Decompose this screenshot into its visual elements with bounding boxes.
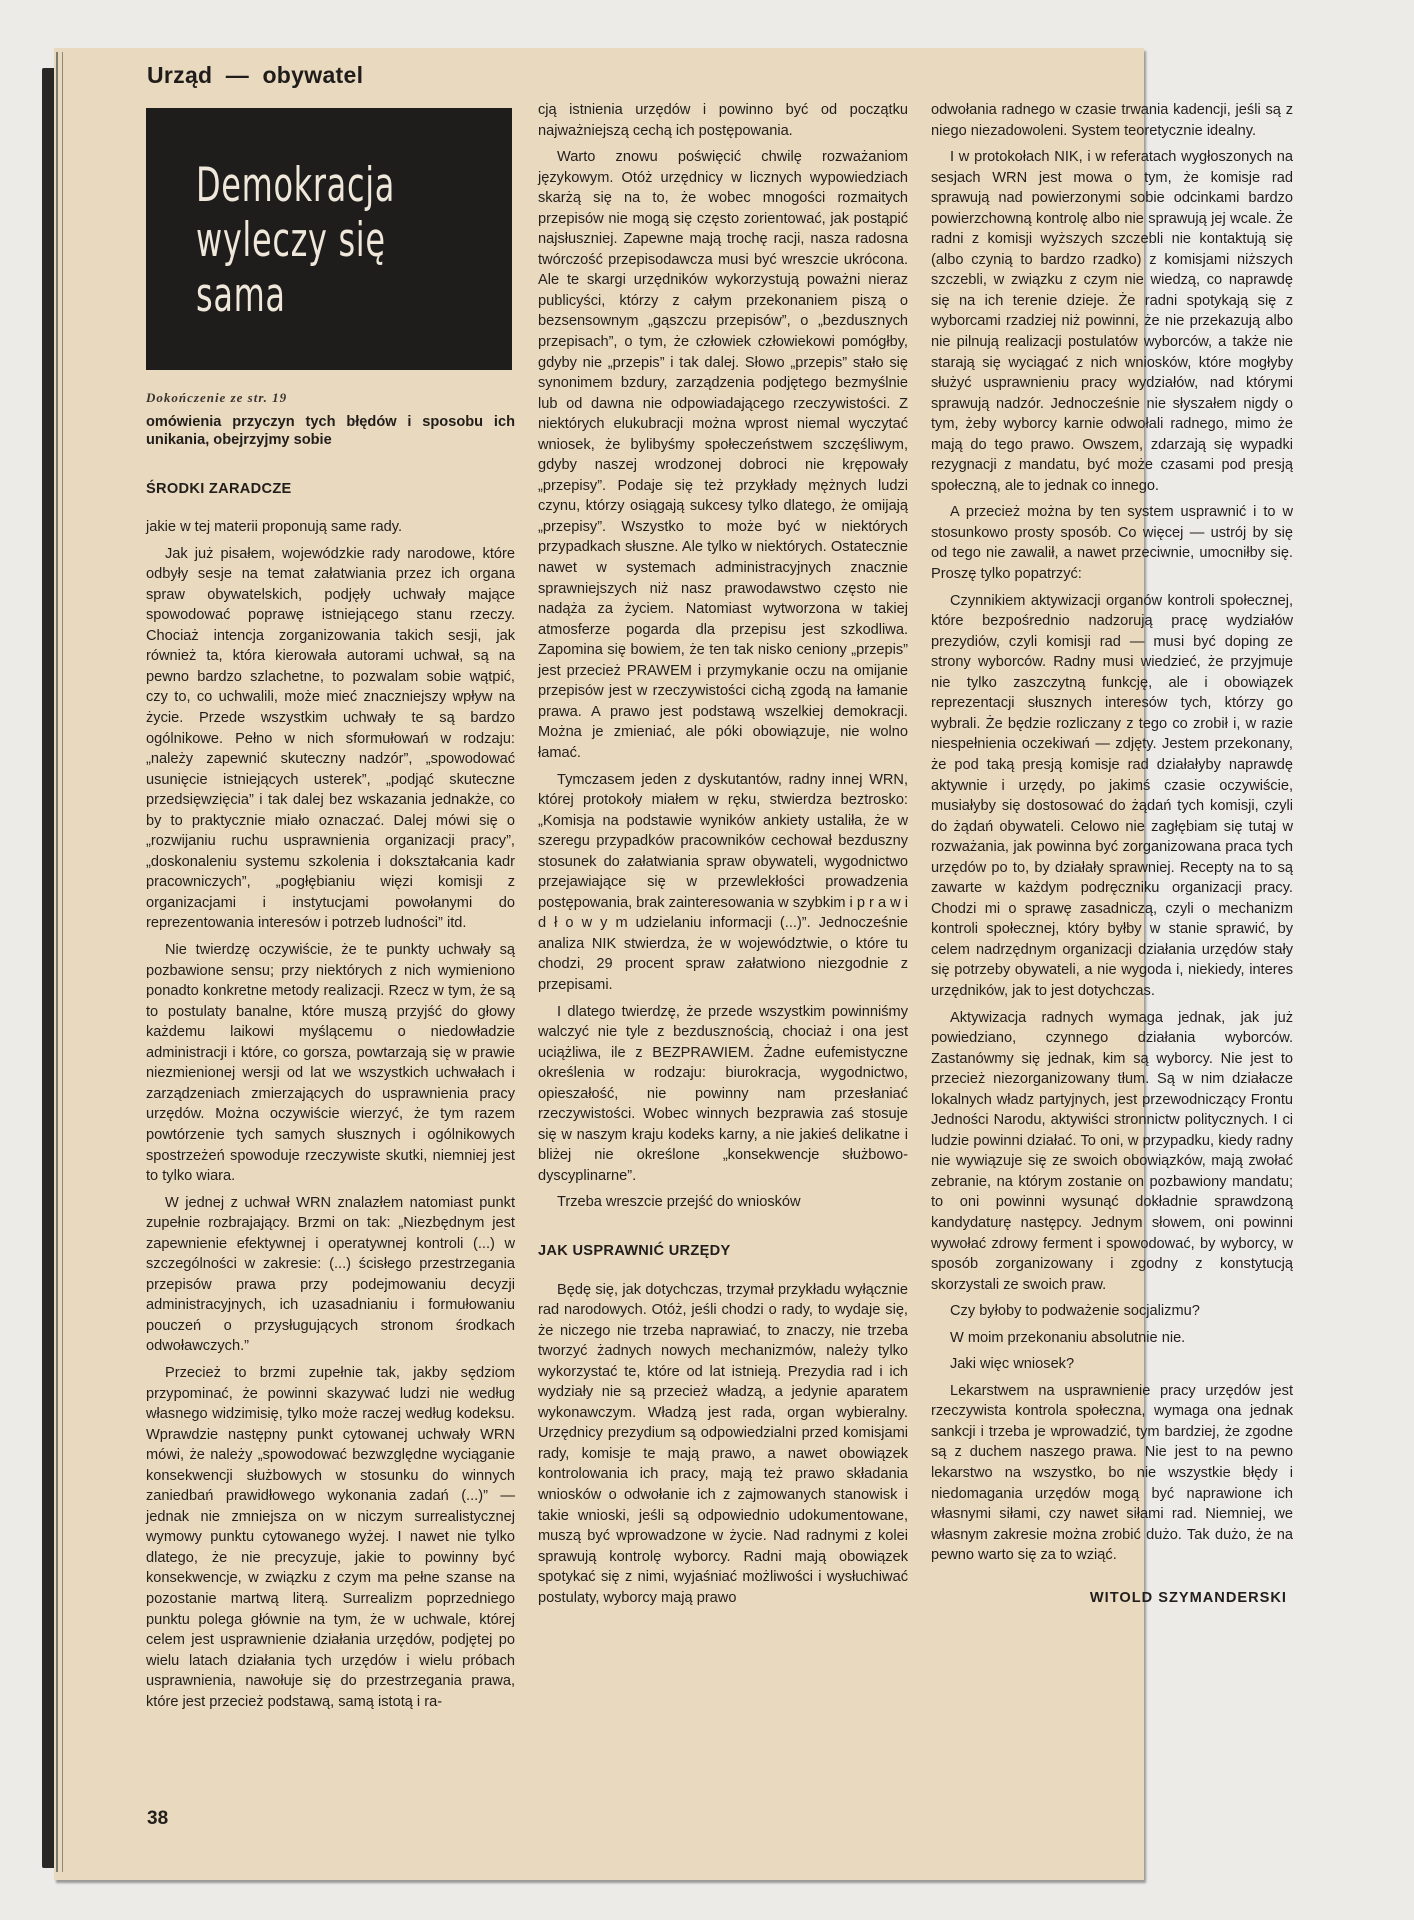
paragraph: I dlatego twierdzę, że przede wszystkim …: [538, 1002, 908, 1187]
paragraph: Czynnikiem aktywizacji organów kontroli …: [931, 591, 1293, 1002]
paragraph: odwołania radnego w czasie trwania kaden…: [931, 100, 1293, 141]
text-column-2: cją istnienia urzędów i powinno być od p…: [538, 100, 908, 1614]
paragraph: Warto znowu poświęcić chwilę rozważaniom…: [538, 147, 908, 763]
paragraph: jakie w tej materii proponują same rady.: [146, 517, 515, 538]
paragraph: Nie twierdzę oczywiście, że te punkty uc…: [146, 940, 515, 1187]
subheading: JAK USPRAWNIĆ URZĘDY: [538, 1241, 908, 1262]
page-number: 38: [147, 1808, 168, 1830]
paragraph: W moim przekonaniu absolutnie nie.: [931, 1328, 1293, 1349]
paragraph: Jaki więc wniosek?: [931, 1354, 1293, 1375]
paragraph: Będę się, jak dotychczas, trzymał przykł…: [538, 1280, 908, 1609]
title-line: sama: [196, 268, 395, 323]
paragraph: cją istnienia urzędów i powinno być od p…: [538, 100, 908, 141]
paragraph: I w protokołach NIK, i w referatach wygł…: [931, 147, 1293, 496]
continuation-note: Dokończenie ze str. 19: [146, 388, 515, 409]
paragraph: Lekarstwem na usprawnienie pracy urzędów…: [931, 1381, 1293, 1566]
paragraph: Aktywizacja radnych wymaga jednak, jak j…: [931, 1008, 1293, 1296]
paragraph: A przecież można by ten system usprawnić…: [931, 502, 1293, 584]
paragraph: Przecież to brzmi zupełnie tak, jakby sę…: [146, 1363, 515, 1712]
paragraph: W jednej z uchwał WRN znalazłem natomias…: [146, 1193, 515, 1357]
author-signature: WITOLD SZYMANDERSKI: [931, 1588, 1293, 1609]
text-column-1: Dokończenie ze str. 19 omówienia przyczy…: [146, 380, 515, 1718]
lead-paragraph: omówienia przyczyn tych błędów i sposobu…: [146, 413, 515, 449]
section-header: Urząd — obywatel: [147, 62, 363, 89]
paragraph: Trzeba wreszcie przejść do wniosków: [538, 1192, 908, 1213]
article-title-box: Demokracja wyleczy się sama: [146, 108, 512, 370]
page-fold-line: [62, 52, 63, 1872]
article-title: Demokracja wyleczy się sama: [196, 158, 395, 323]
text-column-3: odwołania radnego w czasie trwania kaden…: [931, 100, 1293, 1608]
page-fold-line: [56, 52, 58, 1872]
title-line: wyleczy się: [196, 213, 395, 268]
title-line: Demokracja: [196, 158, 395, 213]
paragraph: Jak już pisałem, wojewódzkie rady narodo…: [146, 544, 515, 934]
subheading: ŚRODKI ZARADCZE: [146, 479, 515, 500]
paragraph: Tymczasem jeden z dyskutantów, radny inn…: [538, 770, 908, 996]
paragraph: Czy byłoby to podważenie socjalizmu?: [931, 1301, 1293, 1322]
